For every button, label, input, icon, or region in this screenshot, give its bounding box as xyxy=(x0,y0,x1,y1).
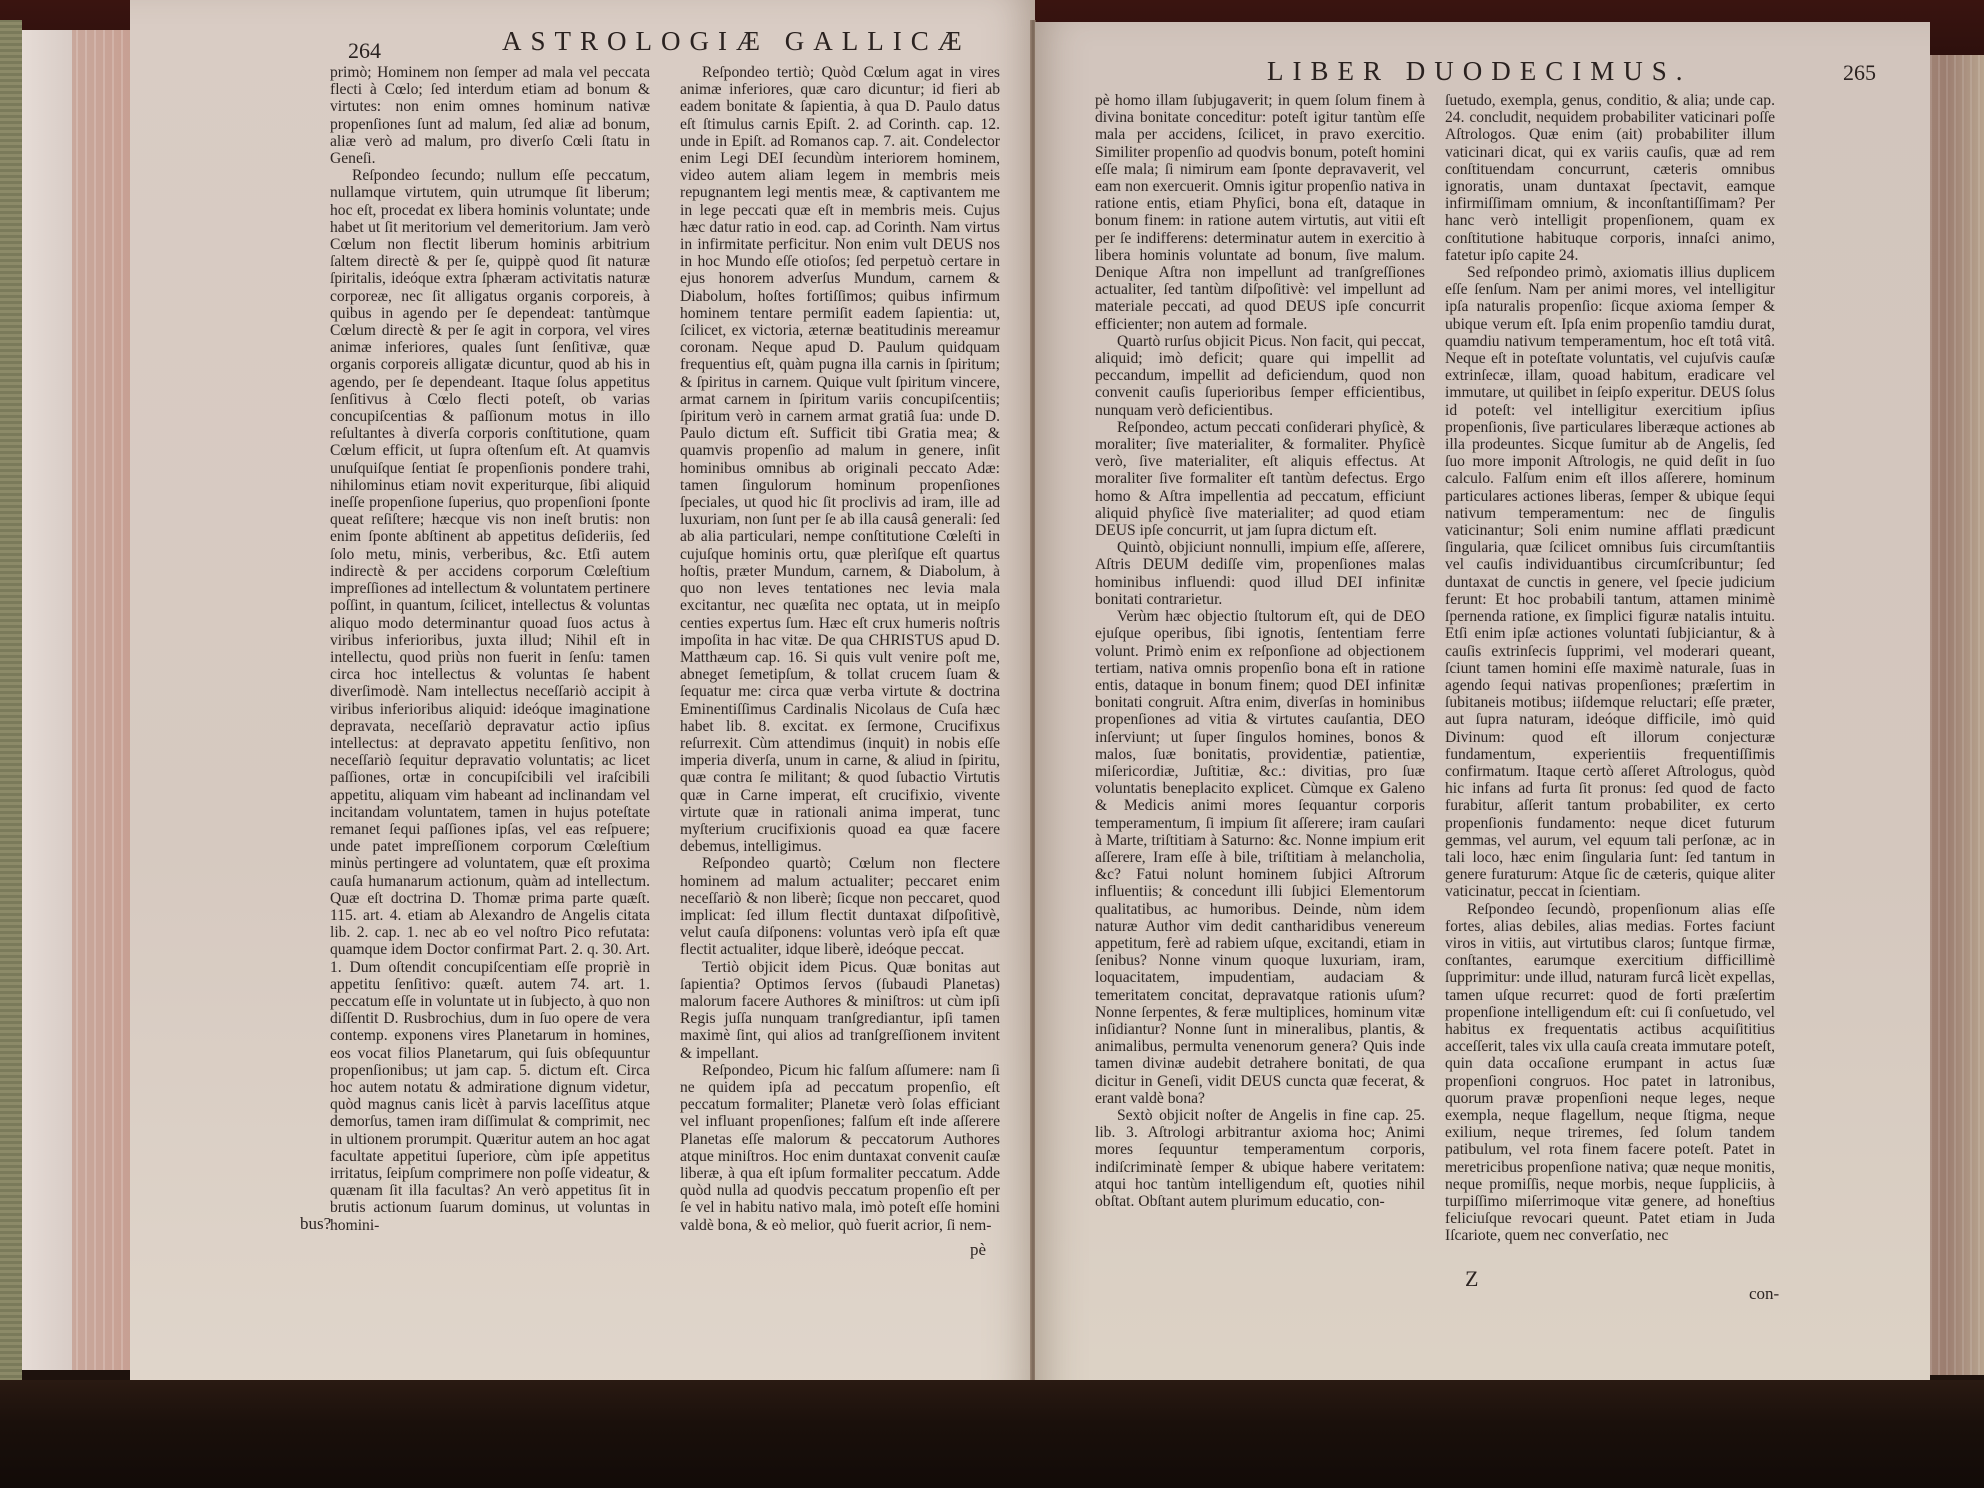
paragraph: Reſpondeo, actum peccati conſiderari phy… xyxy=(1095,419,1425,539)
paragraph: Reſpondeo ſecundo; nullum eſſe peccatum,… xyxy=(330,167,650,1234)
catchword-left-col2: pè xyxy=(970,1240,986,1260)
fore-edge-highlight xyxy=(22,30,72,1370)
page-number-left: 264 xyxy=(348,38,381,64)
paragraph: pè homo illam ſubjugaverit; in quem ſolu… xyxy=(1095,92,1425,333)
page-number-right: 265 xyxy=(1843,60,1876,86)
paragraph: Sextò objicit noſter de Angelis in fine … xyxy=(1095,1107,1425,1210)
right-page-column-1: pè homo illam ſubjugaverit; in quem ſolu… xyxy=(1095,92,1425,1274)
cloth-background xyxy=(0,20,22,1390)
left-page-column-2: Reſpondeo tertiò; Quòd Cœlum agat in vir… xyxy=(680,64,1000,1234)
paragraph: ſuetudo, exempla, genus, conditio, & ali… xyxy=(1445,92,1775,264)
left-page-column-1: primò; Hominem non ſemper ad mala vel pe… xyxy=(330,64,650,1244)
catchword-left-col1: bus? xyxy=(300,1214,331,1234)
right-page: LIBER DUODECIMUS. 265 pè homo illam ſubj… xyxy=(1035,22,1930,1422)
catchword-right-col2: con- xyxy=(1749,1284,1779,1304)
left-page: 264 ASTROLOGIÆ GALLICÆ primò; Hominem no… xyxy=(130,0,1035,1410)
signature-mark: Z xyxy=(1465,1266,1478,1292)
paragraph: primò; Hominem non ſemper ad mala vel pe… xyxy=(330,64,650,167)
paragraph: Reſpondeo tertiò; Quòd Cœlum agat in vir… xyxy=(680,64,1000,855)
paragraph: Reſpondeo quartò; Cœlum non flectere hom… xyxy=(680,855,1000,958)
running-head-right: LIBER DUODECIMUS. xyxy=(1267,56,1692,87)
paragraph: Tertiò objicit idem Picus. Quæ bonitas a… xyxy=(680,959,1000,1062)
paragraph: Quartò rurſus objicit Picus. Non facit, … xyxy=(1095,333,1425,419)
right-page-column-2: ſuetudo, exempla, genus, conditio, & ali… xyxy=(1445,92,1775,1274)
paragraph: Sed reſpondeo primò, axiomatis illius du… xyxy=(1445,264,1775,901)
paragraph: Reſpondeo ſecundò, propenſionum alias eſ… xyxy=(1445,901,1775,1245)
running-head-left: ASTROLOGIÆ GALLICÆ xyxy=(502,26,971,57)
paragraph: Reſpondeo, Picum hic falſum aſſumere: na… xyxy=(680,1062,1000,1234)
paragraph: Verùm hæc objectio ſtultorum eſt, qui de… xyxy=(1095,608,1425,1107)
table-surface xyxy=(0,1380,1984,1488)
paragraph: Quintò, objiciunt nonnulli, impium eſſe,… xyxy=(1095,539,1425,608)
